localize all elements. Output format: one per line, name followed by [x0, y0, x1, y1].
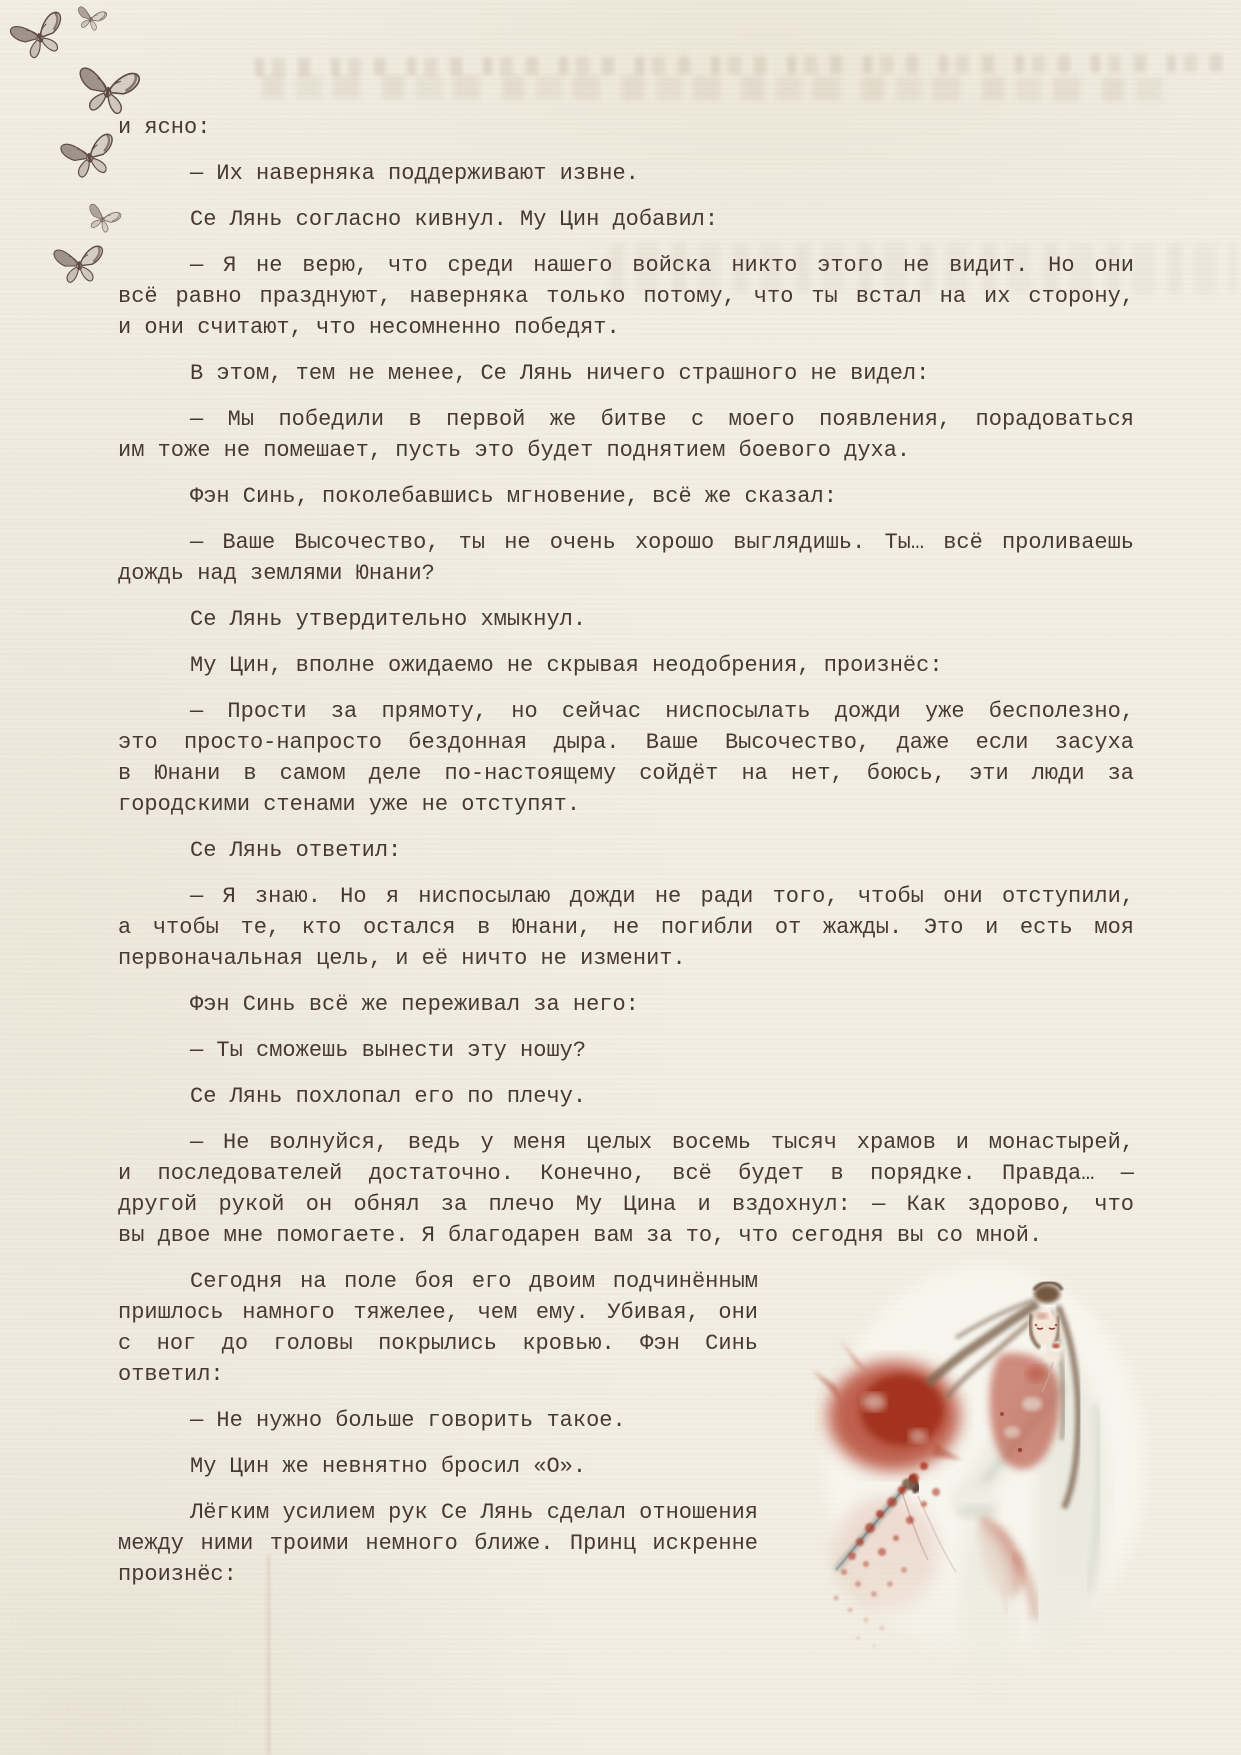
paragraph: Сегодня на поле боя его двоим подчинённы… [118, 1266, 1134, 1390]
paragraph: Фэн Синь всё же переживал за него: [118, 989, 1134, 1020]
paragraph: — Не волнуйся, ведь у меня целых восемь … [118, 1127, 1134, 1251]
text-line: это просто-напросто бездонная дыра. Ваше… [118, 727, 1134, 758]
paragraph: — Ты сможешь вынести эту ношу? [118, 1035, 1134, 1066]
paragraph: — Не нужно больше говорить такое. [118, 1405, 1134, 1436]
paragraph: Му Цин же невнятно бросил «О». [118, 1451, 1134, 1482]
text-line: — Ты сможешь вынести эту ношу? [118, 1035, 1134, 1066]
text-line: — Ваше Высочество, ты не очень хорошо вы… [118, 527, 1134, 558]
text-line: и последователей достаточно. Конечно, вс… [118, 1158, 1134, 1189]
text-line: Се Лянь похлопал его по плечу. [118, 1081, 1134, 1112]
paragraph: В этом, тем не менее, Се Лянь ничего стр… [118, 358, 1134, 389]
page-text: и ясно: — Их наверняка поддерживают извн… [118, 112, 1134, 1605]
text-line: между ними троими немного ближе. Принц и… [118, 1528, 758, 1559]
paragraph: Се Лянь ответил: [118, 835, 1134, 866]
text-line: другой рукой он обнял за плечо Му Цина и… [118, 1189, 1134, 1220]
paragraph: — Я не верю, что среди нашего войска ник… [118, 250, 1134, 343]
text-line: Се Лянь ответил: [118, 835, 1134, 866]
text-line: — Я знаю. Но я ниспосылаю дожди не ради … [118, 881, 1134, 912]
text-line: всё равно празднуют, наверняка только по… [118, 281, 1134, 312]
text-line: дождь над землями Юнани? [118, 558, 1134, 589]
showthrough-text-band [262, 74, 1167, 101]
butterfly-icon [48, 234, 110, 292]
text-line: Сегодня на поле боя его двоим подчинённы… [118, 1266, 758, 1297]
paragraph: — Прости за прямоту, но сейчас ниспосыла… [118, 696, 1134, 820]
paragraph: — Их наверняка поддерживают извне. [118, 158, 1134, 189]
paragraph: Му Цин, вполне ожидаемо не скрывая неодо… [118, 650, 1134, 681]
text-line: — Их наверняка поддерживают извне. [118, 158, 1134, 189]
text-line: им тоже не помешает, пусть это будет под… [118, 435, 1134, 466]
paragraph: Фэн Синь, поколебавшись мгновение, всё ж… [118, 481, 1134, 512]
text-line: и они считают, что несомненно победят. [118, 312, 1134, 343]
butterfly-icon [1, 0, 78, 72]
paragraph: Се Лянь согласно кивнул. Му Цин добавил: [118, 204, 1134, 235]
butterfly-icon [53, 120, 126, 190]
text-line: Се Лянь согласно кивнул. Му Цин добавил: [118, 204, 1134, 235]
paragraph: Се Лянь похлопал его по плечу. [118, 1081, 1134, 1112]
text-line: Се Лянь утвердительно хмыкнул. [118, 604, 1134, 635]
text-line: — Не волнуйся, ведь у меня целых восемь … [118, 1127, 1134, 1158]
book-page: { "document": { "kind": "novel page, Rus… [0, 0, 1241, 1755]
text-line: в Юнани в самом деле по-настоящему сойдё… [118, 758, 1134, 789]
text-line: с ног до головы покрылись кровью. Фэн Си… [118, 1328, 758, 1359]
text-line: первоначальная цель, и её ничто не измен… [118, 943, 1134, 974]
paragraph: — Я знаю. Но я ниспосылаю дожди не ради … [118, 881, 1134, 974]
showthrough-text-band [255, 54, 1237, 76]
text-line: — Прости за прямоту, но сейчас ниспосыла… [118, 696, 1134, 727]
text-line: и ясно: [118, 112, 1134, 143]
paragraph: Лёгким усилием рук Се Лянь сделал отноше… [118, 1497, 1134, 1590]
text-line: — Мы победили в первой же битве с моего … [118, 404, 1134, 435]
text-line: пришлось намного тяжелее, чем ему. Убива… [118, 1297, 758, 1328]
text-line: Му Цин, вполне ожидаемо не скрывая неодо… [118, 650, 1134, 681]
paragraph: — Мы победили в первой же битве с моего … [118, 404, 1134, 466]
text-line: Лёгким усилием рук Се Лянь сделал отноше… [118, 1497, 758, 1528]
paragraph: и ясно: [118, 112, 1134, 143]
text-line: В этом, тем не менее, Се Лянь ничего стр… [118, 358, 1134, 389]
text-line: ответил: [118, 1359, 758, 1390]
text-line: Му Цин же невнятно бросил «О». [118, 1451, 758, 1482]
text-line: — Не нужно больше говорить такое. [118, 1405, 758, 1436]
text-line: Фэн Синь, поколебавшись мгновение, всё ж… [118, 481, 1134, 512]
paragraph: Се Лянь утвердительно хмыкнул. [118, 604, 1134, 635]
text-line: Фэн Синь всё же переживал за него: [118, 989, 1134, 1020]
butterfly-icon [71, 0, 112, 38]
text-line: городскими стенами уже не отступят. [118, 789, 1134, 820]
text-line: а чтобы те, кто остался в Юнани, не поги… [118, 912, 1134, 943]
text-line: произнёс: [118, 1559, 758, 1590]
text-line: — Я не верю, что среди нашего войска ник… [118, 250, 1134, 281]
text-line: вы двое мне помогаете. Я благодарен вам … [118, 1220, 1134, 1251]
paragraph: — Ваше Высочество, ты не очень хорошо вы… [118, 527, 1134, 589]
